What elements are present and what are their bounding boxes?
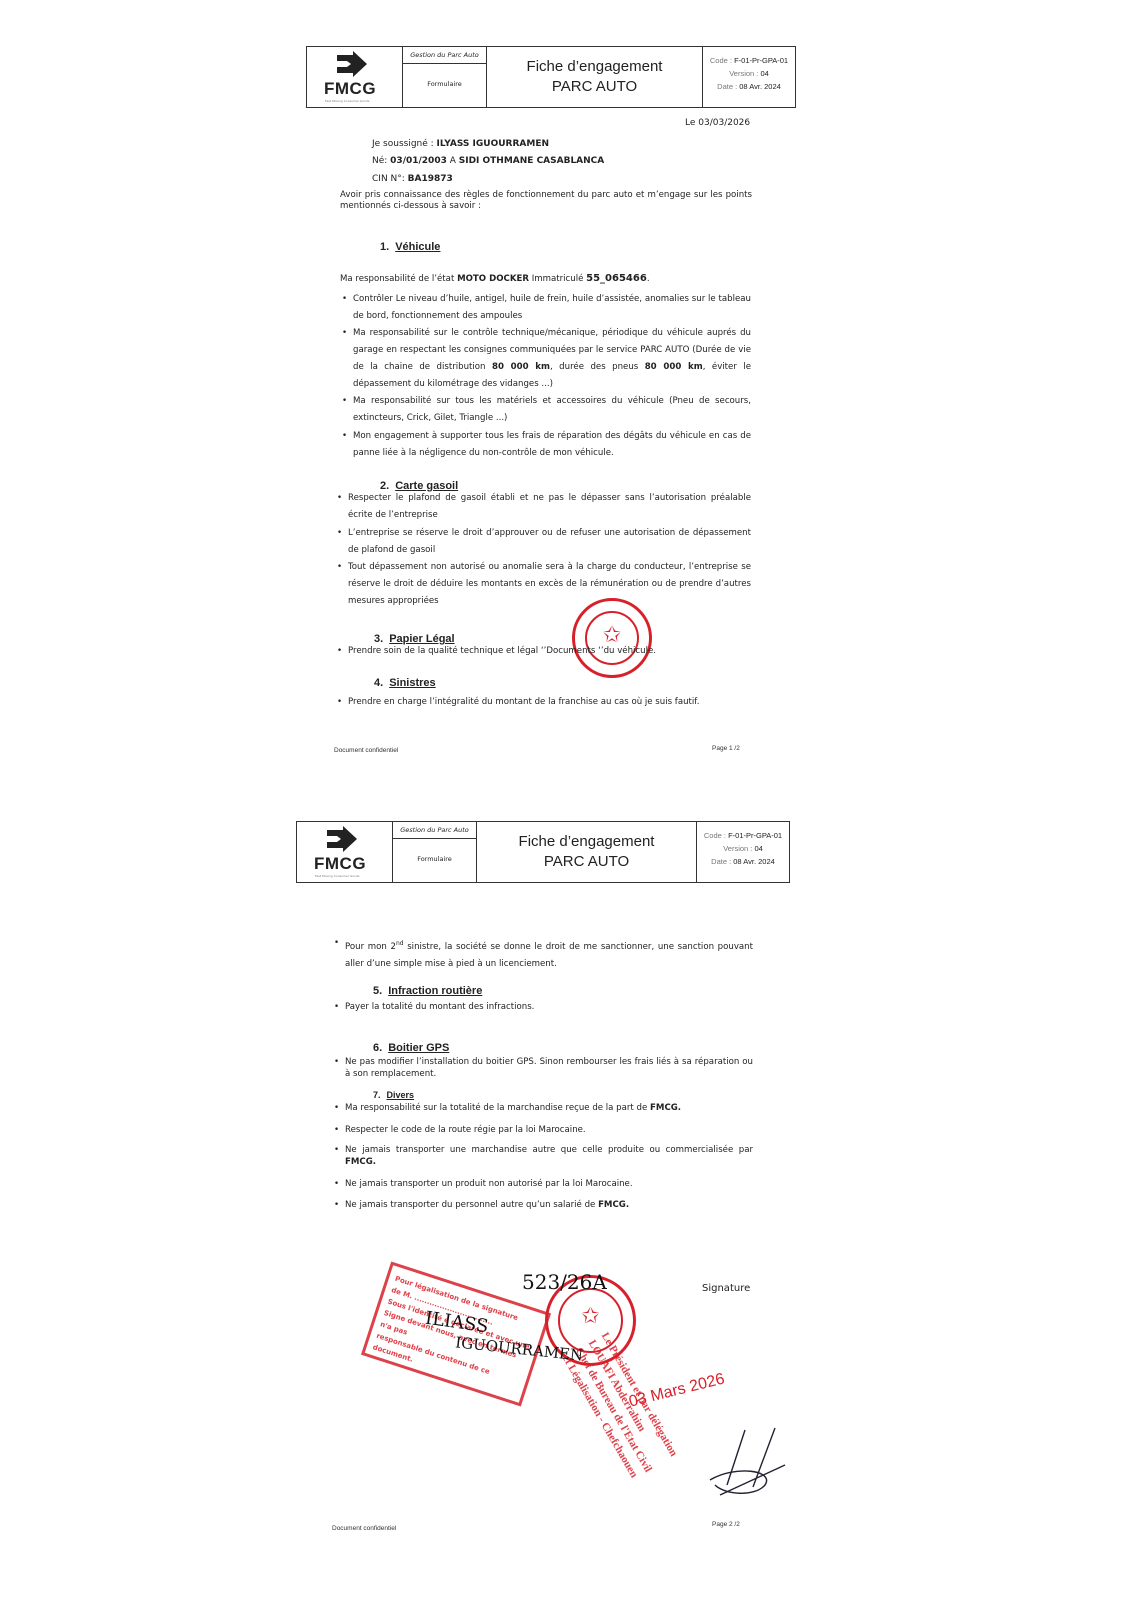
list-item: Respecter le plafond de gasoil établi et…: [348, 490, 751, 524]
fmcg-logo: FMCG Fast Moving Consumer Goods: [297, 822, 393, 882]
doc-version: 04: [760, 69, 768, 78]
document-title: Fiche d’engagement PARC AUTO: [487, 47, 703, 107]
document-header: FMCG Fast Moving Consumer Goods Gestion …: [306, 46, 796, 108]
document-header: FMCG Fast Moving Consumer Goods Gestion …: [296, 821, 790, 883]
footer-confidential: Document confidentiel: [332, 1525, 396, 1532]
official-round-stamp: ✩: [572, 598, 652, 678]
arrow-logo-icon: [325, 826, 359, 854]
star-icon: ✩: [548, 1304, 633, 1329]
list-item: Contrôler Le niveau d’huile, antigel, hu…: [353, 291, 751, 325]
document-date: Le 03/03/2026: [685, 115, 750, 132]
doc-version: 04: [754, 844, 762, 853]
intro-paragraph: Avoir pris connaissance des règles de fo…: [340, 190, 752, 212]
list-item: Ma responsabilité sur tous les matériels…: [353, 393, 751, 427]
list-item: Ne pas modifier l’installation du boitie…: [345, 1056, 753, 1080]
doc-date: 08 Avr. 2024: [739, 82, 781, 91]
brand-name: FMCG: [324, 79, 376, 99]
footer-page-number: Page 1 /2: [712, 745, 740, 752]
vehicle-responsibility: Ma responsabilité de l’état MOTO DOCKER …: [340, 270, 650, 288]
doc-code: F-01-Pr-GPA-01: [728, 831, 782, 840]
arrow-logo-icon: [335, 51, 369, 79]
identity-name: Je soussigné : ILYASS IGUOURRAMEN: [372, 136, 549, 153]
section-heading-boitier-gps: 6.Boitier GPS: [373, 1042, 449, 1054]
list-item: Ma responsabilité sur le contrôle techni…: [353, 325, 751, 393]
page-1: FMCG Fast Moving Consumer Goods Gestion …: [0, 0, 1131, 790]
document-title: Fiche d’engagement PARC AUTO: [477, 822, 697, 882]
list-item: Tout dépassement non autorisé ou anomali…: [348, 559, 751, 610]
list-item: Prendre soin de la qualité technique et …: [348, 643, 751, 660]
section-heading-sinistres: 4.Sinistres: [374, 677, 436, 689]
list-item: Ne jamais transporter un produit non aut…: [345, 1176, 753, 1193]
brand-tagline: Fast Moving Consumer Goods: [315, 874, 360, 878]
doc-date: 08 Avr. 2024: [733, 857, 775, 866]
brand-name: FMCG: [314, 854, 366, 874]
list-item: Ne jamais transporter une marchandise au…: [345, 1144, 753, 1168]
list-item: Respecter le code de la route régie par …: [345, 1122, 753, 1139]
section-heading-vehicule: 1.Véhicule: [380, 241, 440, 253]
section-heading-infraction: 5.Infraction routière: [373, 985, 482, 997]
document-meta: Code : F-01-Pr-GPA-01 Version : 04 Date …: [703, 47, 795, 107]
list-item: Prendre en charge l’intégralité du monta…: [348, 694, 751, 711]
footer-confidential: Document confidentiel: [334, 747, 398, 754]
form-type-label: Formulaire: [403, 64, 486, 107]
document-meta: Code : F-01-Pr-GPA-01 Version : 04 Date …: [697, 822, 789, 882]
handwritten-reference: 523/26A: [522, 1270, 607, 1294]
identity-cin: CIN N°: BA19873: [372, 171, 453, 188]
brand-tagline: Fast Moving Consumer Goods: [325, 99, 370, 103]
list-item: Ne jamais transporter du personnel autre…: [345, 1197, 753, 1214]
list-item: Mon engagement à supporter tous les frai…: [353, 428, 751, 462]
list-item: Ma responsabilité sur la totalité de la …: [345, 1100, 753, 1117]
page-2: FMCG Fast Moving Consumer Goods Gestion …: [0, 800, 1131, 1599]
identity-birth: Né: 03/01/2003 A SIDI OTHMANE CASABLANCA: [372, 153, 604, 170]
footer-page-number: Page 2 /2: [712, 1521, 740, 1528]
department-label: Gestion du Parc Auto: [393, 822, 476, 839]
signature-scribble: [705, 1425, 790, 1505]
department-label: Gestion du Parc Auto: [403, 47, 486, 64]
fmcg-logo: FMCG Fast Moving Consumer Goods: [307, 47, 403, 107]
list-item: L’entreprise se réserve le droit d’appro…: [348, 525, 751, 559]
stamp-date: 03 Mars 2026: [627, 1370, 726, 1411]
section-heading-divers: 7.Divers: [373, 1090, 414, 1100]
list-item: Payer la totalité du montant des infract…: [345, 999, 753, 1016]
signature-label: Signature: [702, 1280, 750, 1297]
doc-code: F-01-Pr-GPA-01: [734, 56, 788, 65]
list-item: Pour mon 2nd sinistre, la société se don…: [345, 935, 753, 973]
form-type-label: Formulaire: [393, 839, 476, 882]
